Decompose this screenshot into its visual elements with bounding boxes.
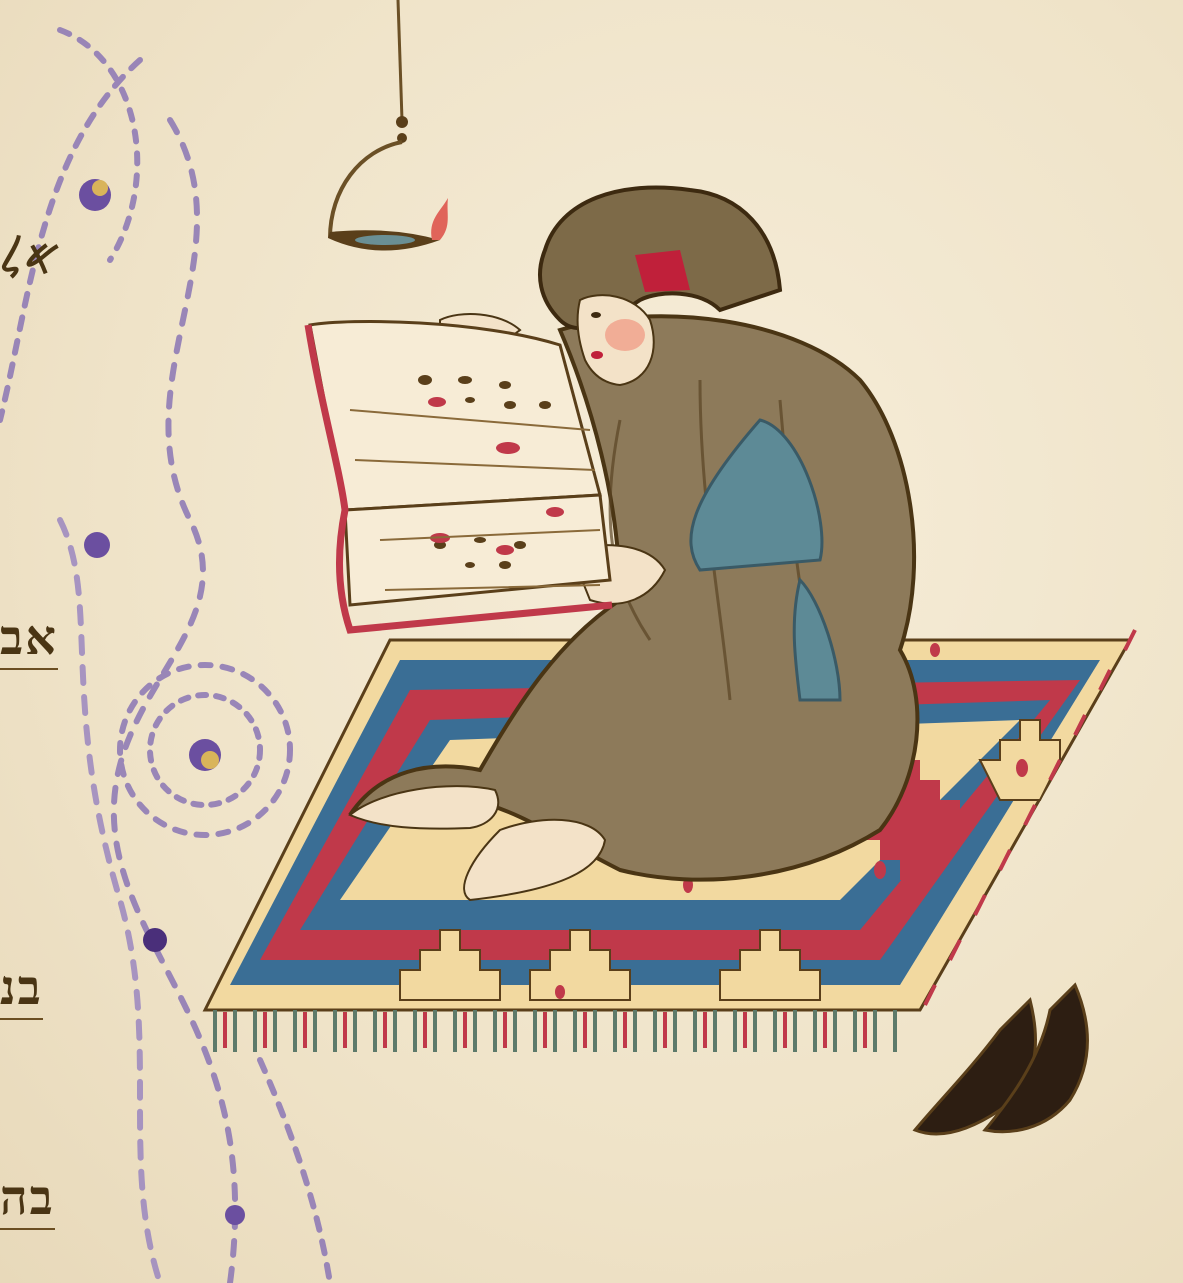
marginal-script-fragment-2: ﬡב [0, 610, 58, 670]
baseline-rule [0, 668, 58, 670]
baseline-rule [0, 1228, 55, 1230]
marginal-script-fragment-1: 𐤀𐤋 [0, 230, 62, 287]
script-text: בה [0, 1170, 55, 1226]
border-rosettes [79, 179, 245, 1225]
script-text: ﬡב [0, 610, 58, 666]
script-text: בנ [0, 960, 43, 1016]
marginal-script-fragment-4: בה [0, 1170, 55, 1230]
illumination-canvas [0, 0, 1183, 1283]
open-book [308, 322, 612, 630]
script-text: 𐤀𐤋 [0, 230, 62, 286]
hanging-oil-lamp [328, 0, 448, 251]
pair-of-shoes [915, 985, 1088, 1134]
manuscript-page: 𐤀𐤋 ﬡב בנ בה Hooded figure reading an ope… [0, 0, 1183, 1283]
baseline-rule [0, 1018, 43, 1020]
marginal-script-fragment-3: בנ [0, 960, 43, 1020]
